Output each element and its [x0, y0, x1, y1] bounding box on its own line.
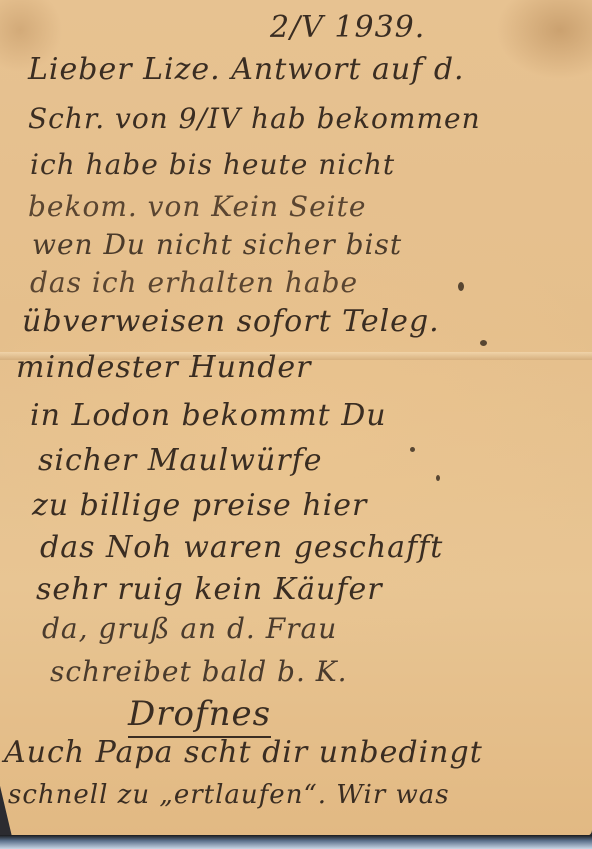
ink-blot [436, 475, 440, 481]
letter-line-6: das ich erhalten habe [30, 266, 358, 299]
letter-line-4: bekom. von Kein Seite [28, 190, 366, 223]
letter-paper: 2/V 1939. Lieber Lize. Antwort auf d. Sc… [0, 0, 592, 836]
letter-line-10: sicher Maulwürfe [38, 443, 322, 478]
letter-line-3: ich habe bis heute nicht [30, 148, 395, 181]
letter-line-8: mindester Hunder [16, 350, 312, 385]
scan-background-edge [0, 835, 592, 849]
ink-blot [458, 282, 464, 291]
letter-line-5: wen Du nicht sicher bist [32, 228, 402, 261]
postscript-line-1: Auch Papa scht dir unbedingt [4, 735, 483, 770]
letter-line-12: das Noh waren geschafft [40, 530, 443, 565]
letter-line-9: in Lodon bekommt Du [30, 398, 387, 433]
postscript-line-2: schnell zu „ertlaufen“. Wir was [8, 780, 450, 810]
letter-line-13: sehr ruig kein Käufer [36, 572, 383, 607]
letter-line-15: schreibet bald b. K. [50, 655, 348, 688]
signature: Drofnes [128, 694, 271, 738]
letter-line-2: Schr. von 9/IV hab bekommen [28, 102, 481, 135]
letter-line-7: übverweisen sofort Teleg. [22, 304, 440, 339]
letter-date: 2/V 1939. [270, 10, 425, 45]
ink-blot [410, 447, 415, 452]
letter-line-14: da, gruß an d. Frau [42, 612, 337, 645]
ink-blot [480, 340, 487, 346]
letter-line-11: zu billige preise hier [32, 488, 367, 523]
letter-line-1: Lieber Lize. Antwort auf d. [28, 52, 465, 87]
